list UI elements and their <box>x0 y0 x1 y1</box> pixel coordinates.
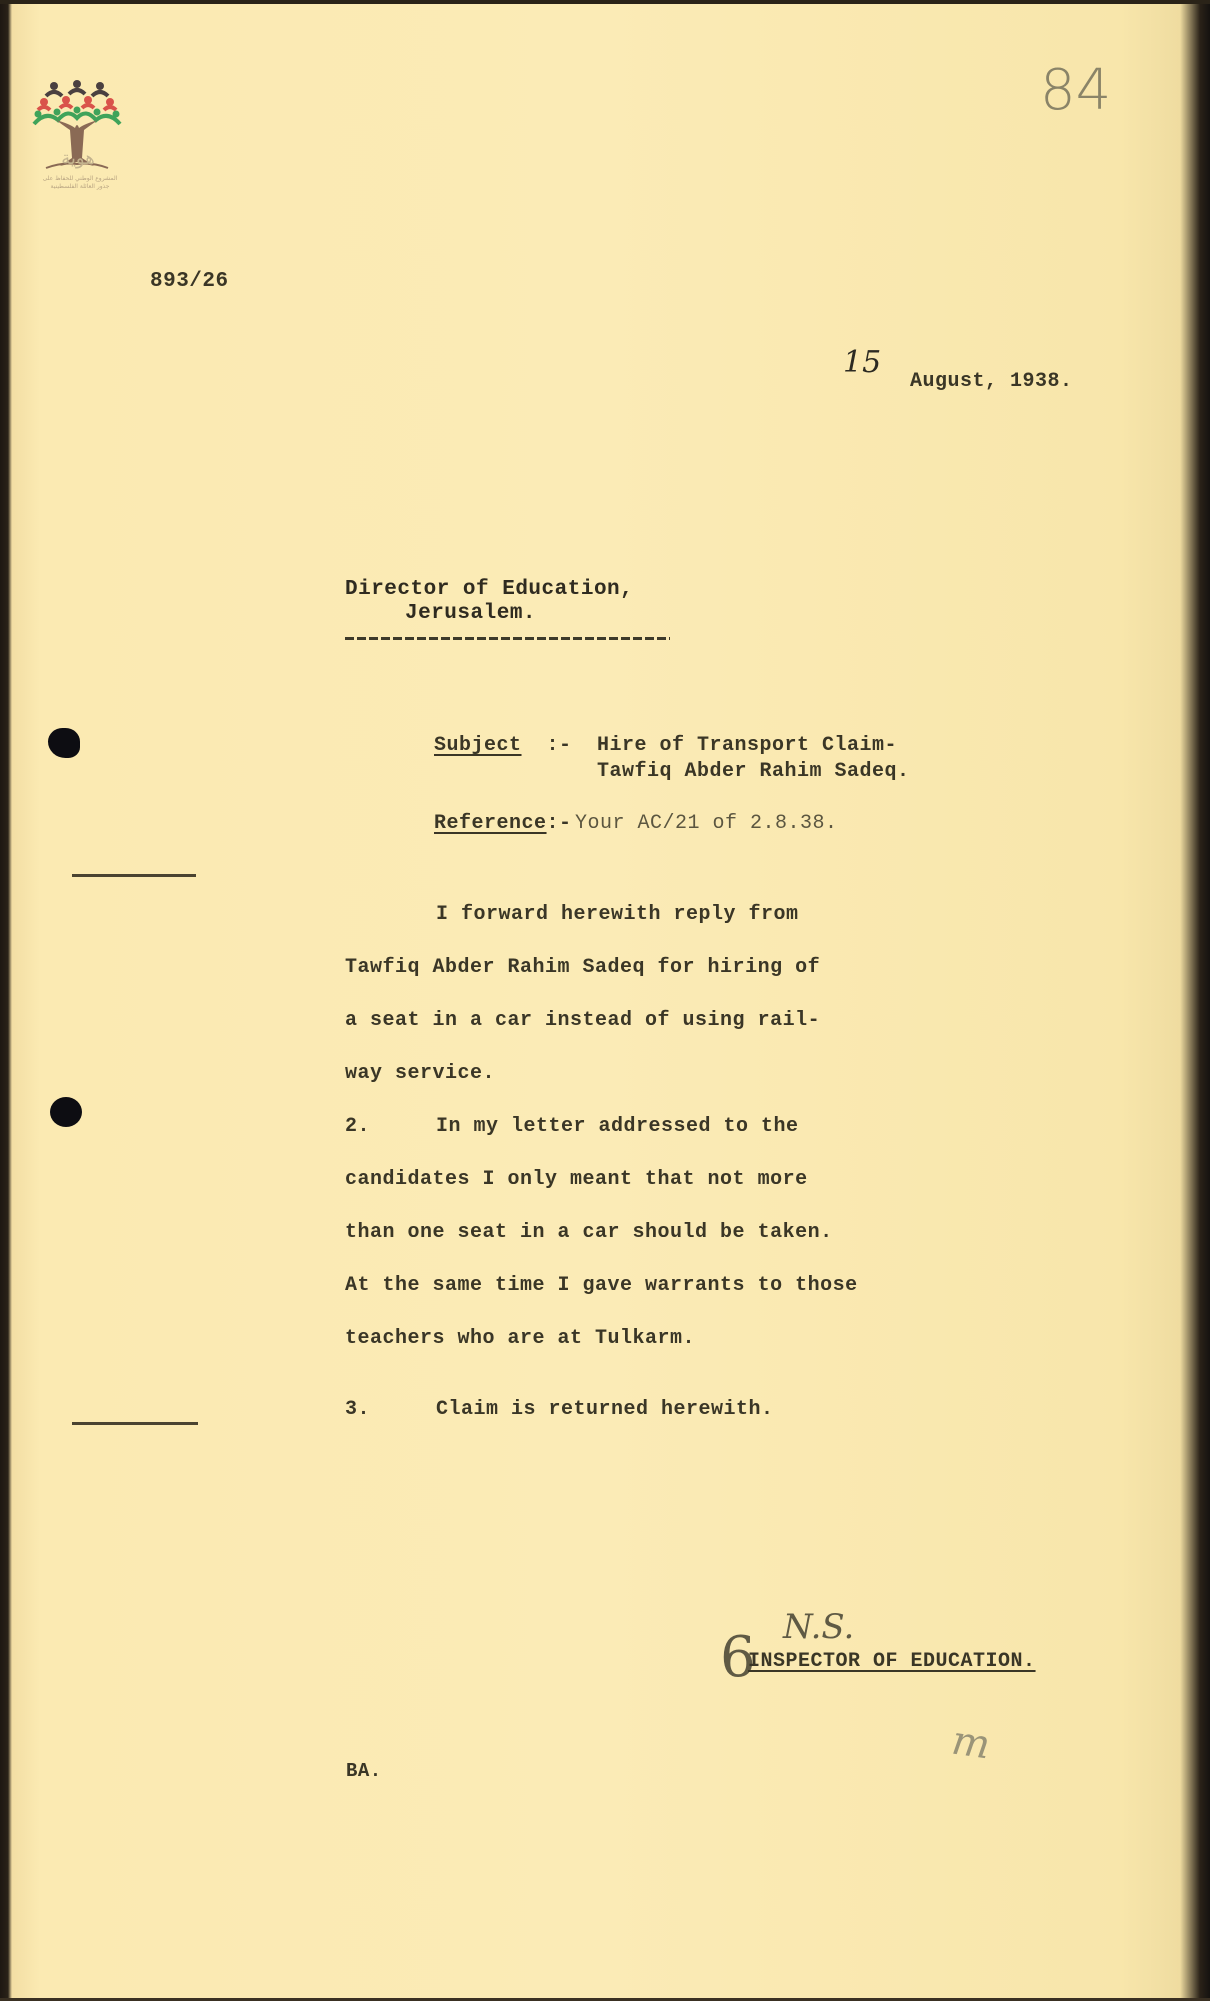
para3-text: Claim is returned herewith. <box>436 1398 774 1421</box>
watermark-title: هوية <box>48 148 108 169</box>
subject-label-text: Subject <box>434 734 522 757</box>
reference-label: Reference:- <box>434 812 572 835</box>
para1-line3: a seat in a car instead of using rail- <box>345 1009 820 1032</box>
marginal-initials-handwritten: m <box>949 1718 993 1769</box>
typist-initials: BA. <box>346 1760 382 1782</box>
watermark-caption: المشروع الوطني للحفاظ على جذور العائلة ا… <box>30 175 130 191</box>
para3-number: 3. <box>345 1398 370 1421</box>
signature-initials-handwritten: N.S. <box>783 1607 854 1647</box>
addressee-underline <box>345 637 670 640</box>
reference-label-text: Reference <box>434 812 547 835</box>
date-month-year: August, 1938. <box>910 370 1073 393</box>
para2-line3: than one seat in a car should be taken. <box>345 1221 833 1244</box>
watermark-caption-line1: المشروع الوطني للحفاظ على <box>30 175 130 183</box>
para2-number: 2. <box>345 1115 370 1138</box>
subject-line1: Hire of Transport Claim- <box>597 734 897 757</box>
para2-line2: candidates I only meant that not more <box>345 1168 808 1191</box>
addressee-line1: Director of Education, <box>345 578 633 601</box>
subject-line2: Tawfiq Abder Rahim Sadeq. <box>597 760 910 783</box>
subject-label: Subject :- <box>434 734 572 757</box>
folio-number: 84 <box>1040 58 1111 123</box>
para1-line4: way service. <box>345 1062 495 1085</box>
signatory-title: INSPECTOR OF EDUCATION. <box>748 1650 1036 1673</box>
para2-line4: At the same time I gave warrants to thos… <box>345 1274 858 1297</box>
watermark-caption-line2: جذور العائلة الفلسطينية <box>30 183 130 191</box>
margin-rule-2 <box>72 1422 198 1425</box>
file-reference: 893/26 <box>150 270 229 293</box>
punch-hole-top <box>48 728 80 758</box>
para1-line1: I forward herewith reply from <box>436 903 799 926</box>
para1-line2: Tawfiq Abder Rahim Sadeq for hiring of <box>345 956 820 979</box>
addressee-line2: Jerusalem. <box>405 602 536 625</box>
para2-line5: teachers who are at Tulkarm. <box>345 1327 695 1350</box>
punch-hole-bottom <box>50 1097 82 1127</box>
reference-separator: :- <box>547 812 572 835</box>
document-page: هوية المشروع الوطني للحفاظ على جذور العا… <box>0 0 1210 2001</box>
reference-value: Your AC/21 of 2.8.38. <box>575 812 838 835</box>
scan-top-edge <box>0 0 1210 4</box>
para2-line1: In my letter addressed to the <box>436 1115 799 1138</box>
subject-separator: :- <box>547 734 572 757</box>
date-day-handwritten: 15 <box>843 345 881 380</box>
margin-rule-1 <box>72 874 196 877</box>
